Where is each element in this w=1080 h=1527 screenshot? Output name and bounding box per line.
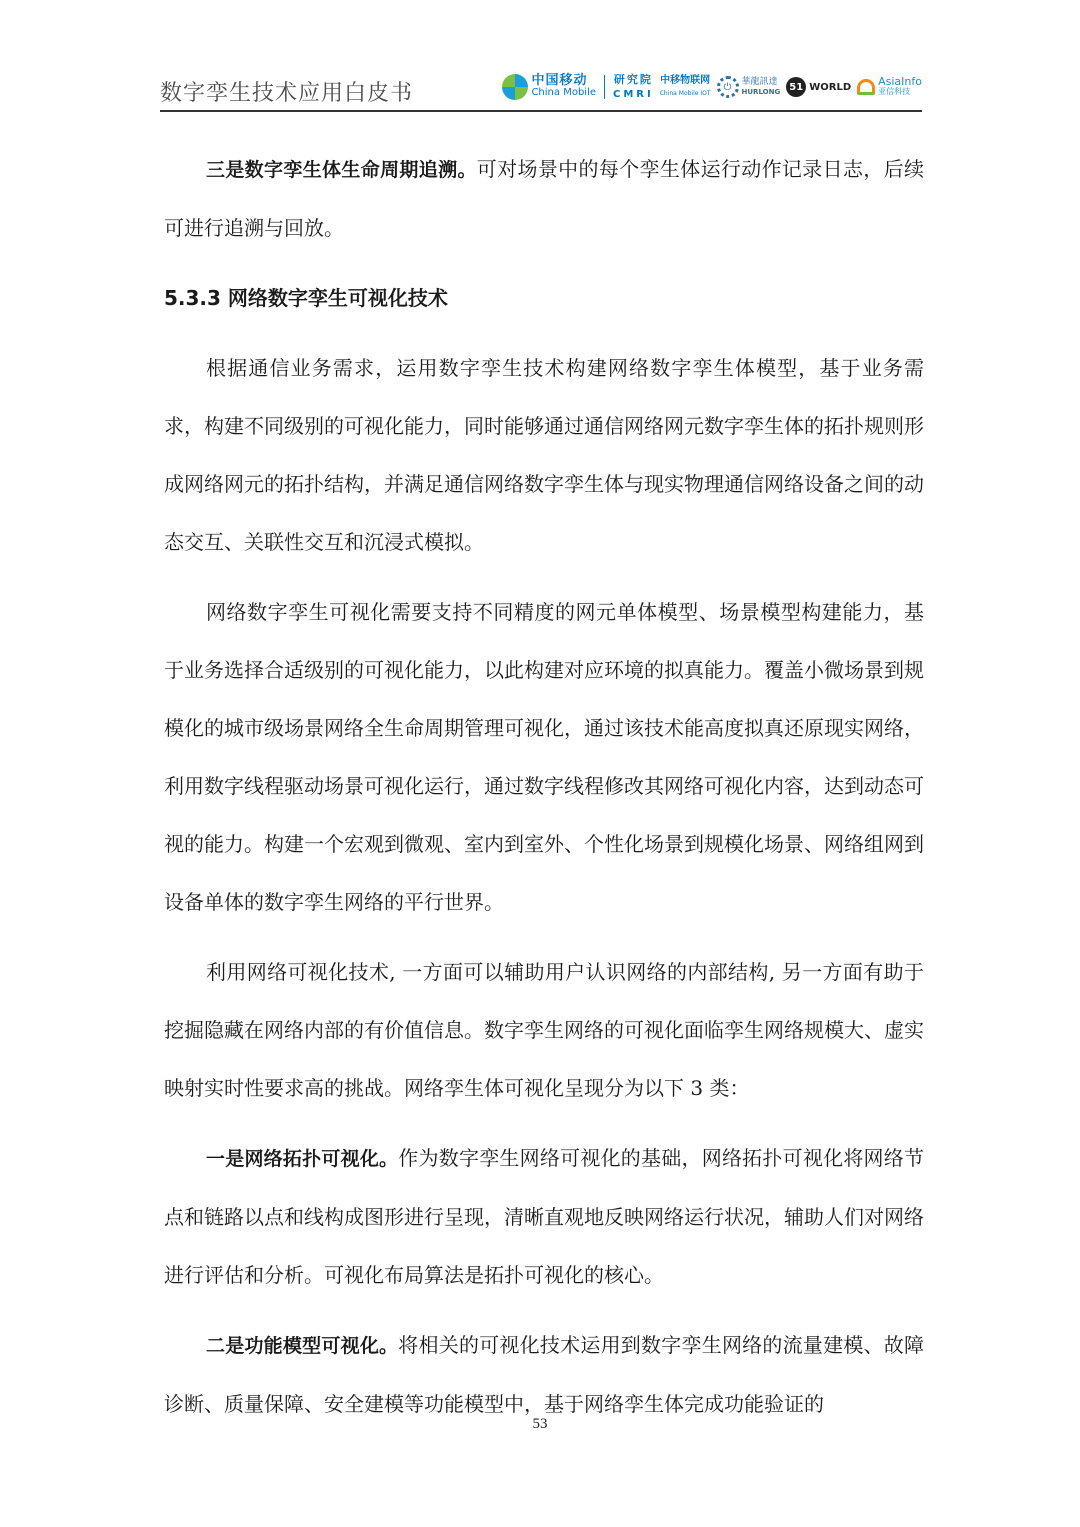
asiainfo-logo: AsiaInfo 亚信科技 [857, 77, 922, 97]
section-heading: 5.3.3 网络数字孪生可视化技术 [164, 269, 924, 327]
51world-icon: 51 [786, 77, 806, 97]
hurlong-en: HURLONG [742, 87, 781, 97]
china-mobile-logo: 中国移动 China Mobile [502, 74, 596, 100]
cmri-en: CMRI [613, 89, 654, 101]
china-mobile-logo-icon [502, 74, 528, 100]
51world-text: WORLD [809, 82, 851, 93]
hurlong-power-icon: ⏻ [717, 76, 739, 98]
51world-logo: 51 WORLD [786, 77, 851, 97]
paragraph-topology-visualization: 一是网络拓扑可视化。作为数字孪生网络可视化的基础，网络拓扑可视化将网络节点和链路… [164, 1129, 924, 1304]
cmri-logo: 研究院 CMRI [613, 74, 654, 101]
iot-cn: 中移物联网 [660, 76, 710, 86]
china-mobile-iot-logo: 中移物联网 China Mobile IOT [660, 76, 711, 99]
paragraph-lead: 一是网络拓扑可视化。 [206, 1148, 398, 1170]
china-mobile-en: China Mobile [531, 87, 596, 99]
logo-divider [604, 75, 605, 99]
asiainfo-cn: 亚信科技 [878, 87, 922, 97]
paragraph-visualization-capability: 网络数字孪生可视化需要支持不同精度的网元单体模型、场景模型构建能力，基于业务选择… [164, 583, 924, 931]
hurlong-logo: ⏻ 華龍訊達 HURLONG [717, 76, 781, 98]
partner-logos: 中国移动 China Mobile 研究院 CMRI 中移物联网 China M… [502, 70, 922, 104]
iot-en: China Mobile IOT [660, 89, 711, 99]
page-number: 53 [0, 1416, 1080, 1433]
paragraph-lifecycle-trace: 三是数字孪生体生命周期追溯。可对场景中的每个孪生体运行动作记录日志，后续可进行追… [164, 140, 924, 257]
paragraph-visualization-challenges: 利用网络可视化技术, 一方面可以辅助用户认识网络的内部结构, 另一方面有助于挖掘… [164, 943, 924, 1117]
asiainfo-en: AsiaInfo [878, 77, 922, 87]
document-title: 数字孪生技术应用白皮书 [160, 76, 413, 107]
asiainfo-arc-icon [857, 79, 875, 95]
paragraph-network-twin-model: 根据通信业务需求，运用数字孪生技术构建网络数字孪生体模型，基于业务需求，构建不同… [164, 339, 924, 571]
hurlong-cn: 華龍訊達 [742, 77, 781, 87]
header-rule [160, 110, 922, 112]
page-header: 数字孪生技术应用白皮书 中国移动 China Mobile 研究院 CMRI 中… [160, 62, 922, 108]
paragraph-lead: 三是数字孪生体生命周期追溯。 [206, 159, 477, 181]
page-body: 三是数字孪生体生命周期追溯。可对场景中的每个孪生体运行动作记录日志，后续可进行追… [164, 140, 924, 1433]
china-mobile-cn: 中国移动 [531, 75, 596, 87]
paragraph-lead: 二是功能模型可视化。 [206, 1335, 398, 1357]
cmri-cn: 研究院 [614, 74, 653, 86]
